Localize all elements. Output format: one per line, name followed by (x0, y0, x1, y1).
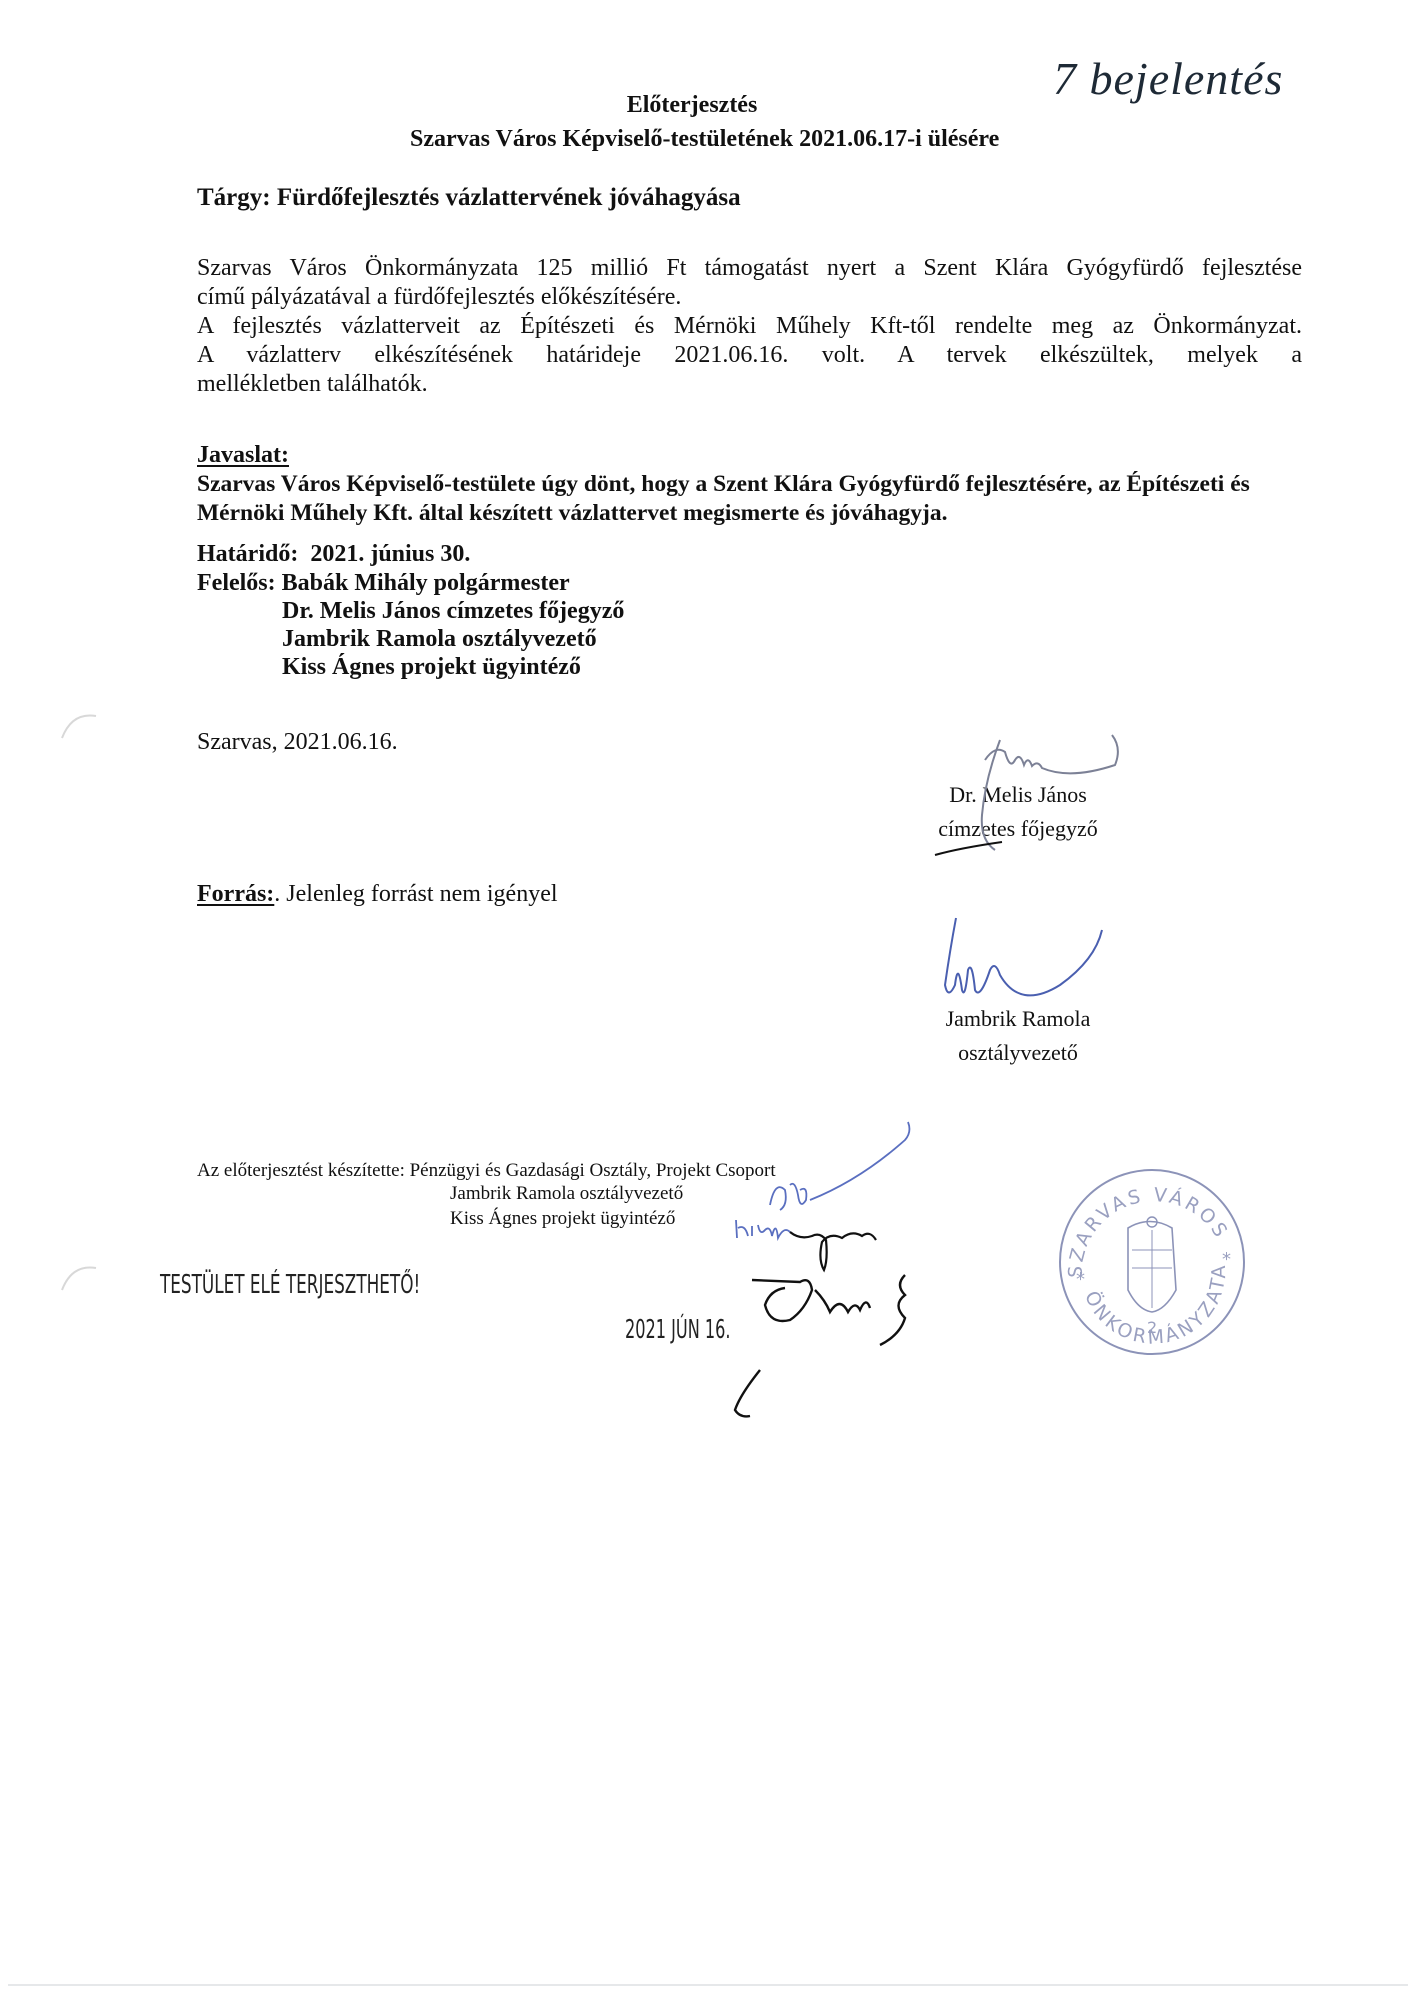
place-date: Szarvas, 2021.06.16. (197, 728, 398, 757)
proposal-responsible: Felelős: Babák Mihály polgármester (197, 569, 570, 598)
seal-bottom-text: ÖNKORMÁNYZATA (1080, 1262, 1230, 1348)
seal-number: 2 (1147, 1318, 1157, 1337)
body-line: A vázlatterv elkészítésének határideje 2… (197, 341, 1302, 370)
responsible-person: Jambrik Ramola osztályvezető (282, 625, 597, 654)
body-paragraph: Szarvas Város Önkormányzata 125 millió F… (197, 254, 1302, 399)
proposal-text: Szarvas Város Képviselő-testülete úgy dö… (197, 470, 1312, 528)
punch-hole-mark (62, 1267, 96, 1290)
funding-line: Forrás:. Jelenleg forrást nem igényel (197, 880, 558, 909)
body-line: című pályázatával a fürdőfejlesztés elők… (197, 283, 1302, 312)
seal-top-text: SZARVAS VÁROS (1065, 1184, 1233, 1278)
responsible-person: Kiss Ágnes projekt ügyintéző (282, 653, 581, 682)
responsible-person: Dr. Melis János címzetes főjegyző (282, 597, 624, 626)
signatory-title: címzetes főjegyző (918, 812, 1118, 846)
document-subtitle: Szarvas Város Képviselő-testületének 202… (410, 126, 999, 153)
signature-date-stamp (735, 1275, 905, 1416)
date-stamp: 2021 JÚN 16. (625, 1315, 731, 1345)
body-line: mellékletben találhatók. (197, 370, 1302, 399)
prepared-by-line: Az előterjesztést készítette: Pénzügyi é… (197, 1158, 776, 1183)
municipal-seal (1060, 1170, 1244, 1354)
punch-hole-mark (62, 715, 96, 738)
signatory-title: osztályvezető (918, 1036, 1118, 1070)
funding-label: Forrás: (197, 881, 274, 907)
signatory-name: Dr. Melis János (918, 778, 1118, 812)
scan-edge-line (8, 1984, 1408, 1986)
signature-prepared-by-black (790, 1232, 876, 1270)
subject-line: Tárgy: Fürdőfejlesztés vázlattervének jó… (197, 184, 741, 212)
proposal-deadline: Határidő: 2021. június 30. (197, 540, 470, 569)
signature-block-chief-notary: Dr. Melis János címzetes főjegyző (918, 778, 1118, 846)
seal-asterisk: * (1076, 1269, 1085, 1290)
document-title: Előterjesztés (0, 92, 1384, 119)
approval-stamp: TESTÜLET ELÉ TERJESZTHETŐ! (160, 1270, 420, 1300)
body-line: Szarvas Város Önkormányzata 125 millió F… (197, 254, 1302, 283)
signature-jambrik (945, 918, 1102, 995)
prepared-by-person: Jambrik Ramola osztályvezető (450, 1183, 683, 1205)
seal-asterisk: * (1222, 1249, 1231, 1270)
body-line: A fejlesztés vázlatterveit az Építészeti… (197, 312, 1302, 341)
signature-block-department-head: Jambrik Ramola osztályvezető (918, 1002, 1118, 1070)
funding-text: . Jelenleg forrást nem igényel (274, 881, 557, 907)
prepared-by-person: Kiss Ágnes projekt ügyintéző (450, 1208, 675, 1230)
signatory-name: Jambrik Ramola (918, 1002, 1118, 1036)
proposal-label: Javaslat: (197, 441, 289, 470)
